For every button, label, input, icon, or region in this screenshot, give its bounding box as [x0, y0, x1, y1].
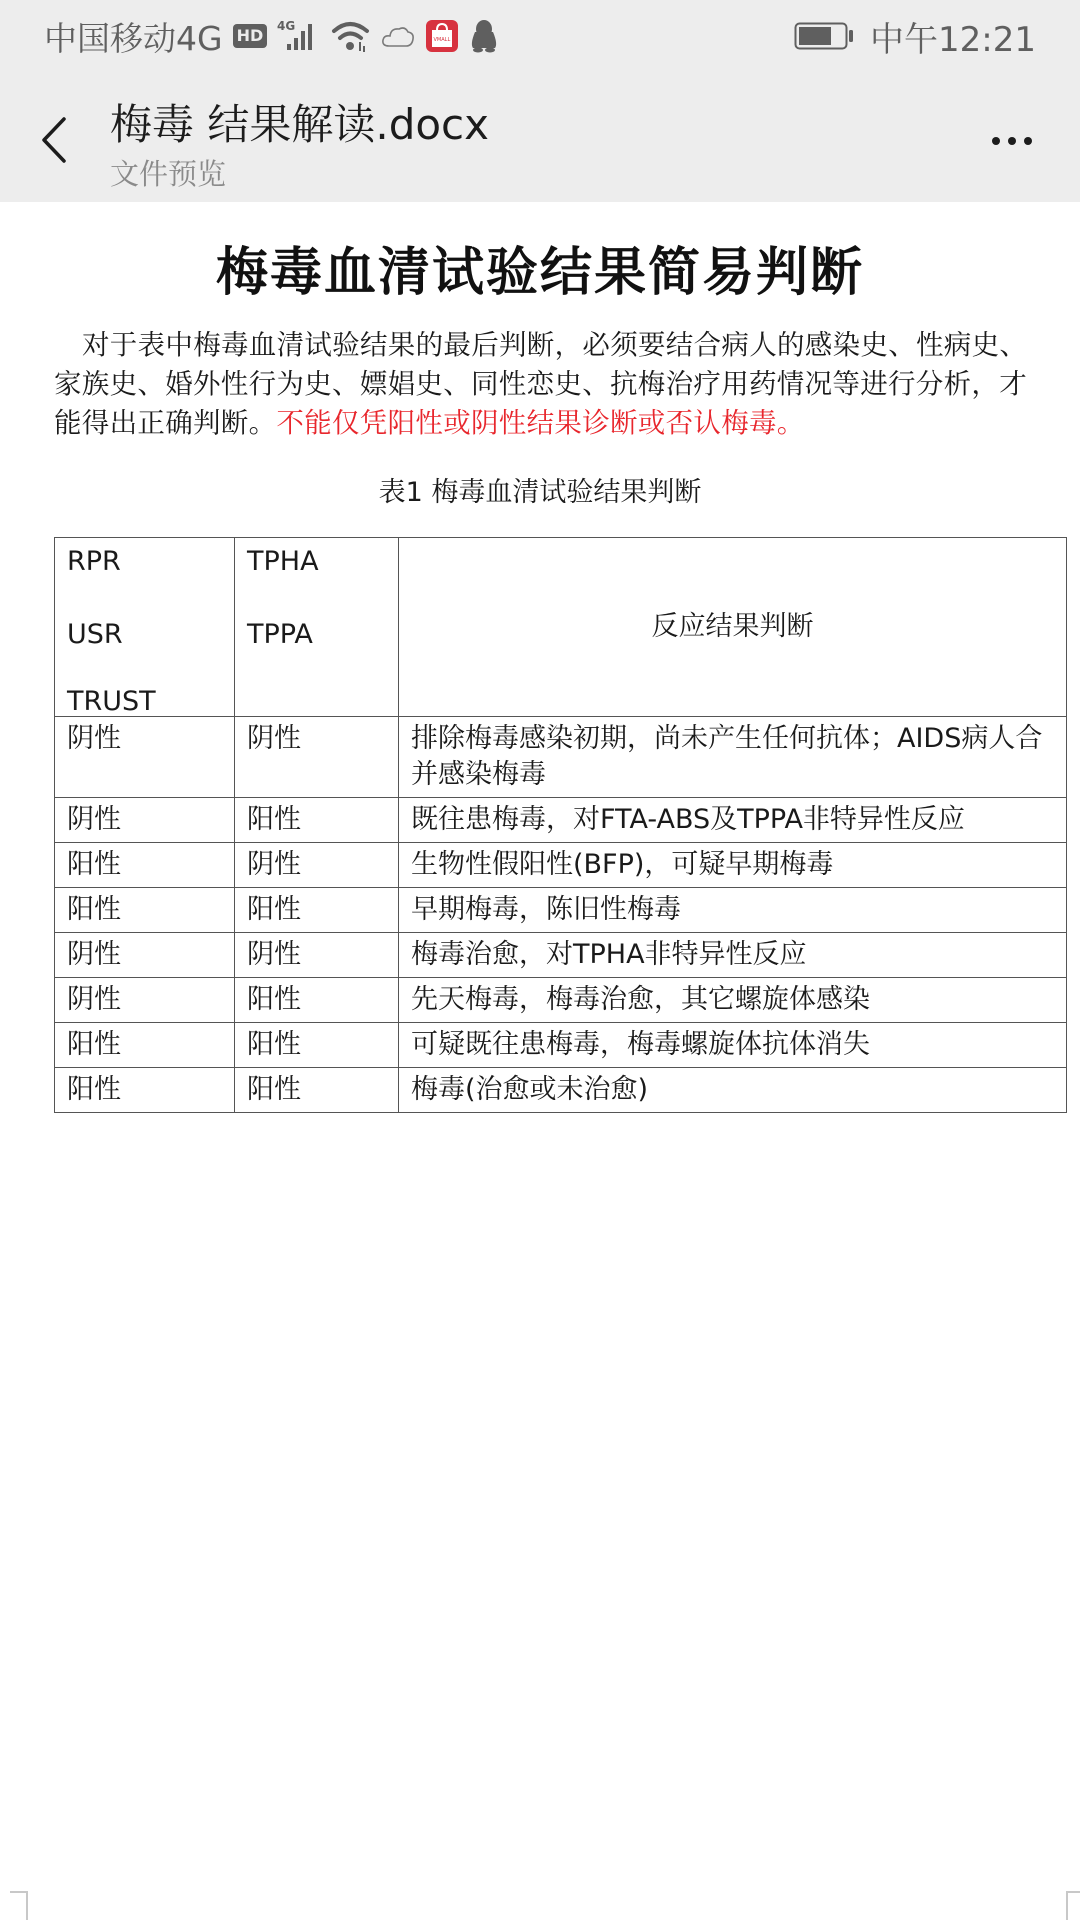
header-test-name: RPR	[67, 544, 156, 580]
table-row: 阴性 阴性 排除梅毒感染初期，尚未产生任何抗体；AIDS病人合并感染梅毒	[55, 717, 1067, 798]
cell-tpha: 阳性	[235, 1068, 399, 1113]
clock: 中午12:21	[870, 12, 1036, 61]
chevron-left-icon	[38, 115, 68, 165]
cell-tpha: 阳性	[235, 1023, 399, 1068]
header-test-name: USR	[67, 617, 156, 653]
file-subtitle: 文件预览	[110, 152, 226, 193]
more-horizontal-icon-dot	[992, 137, 1000, 145]
header-test-name: TPPA	[247, 617, 319, 653]
more-horizontal-icon-dot	[1008, 137, 1016, 145]
cell-rpr: 阳性	[55, 1023, 235, 1068]
hd-icon: HD	[233, 24, 268, 48]
cell-rpr: 阳性	[55, 888, 235, 933]
cell-rpr: 阴性	[55, 933, 235, 978]
cell-result: 梅毒治愈，对TPHA非特异性反应	[399, 933, 1067, 978]
cell-tpha: 阳性	[235, 888, 399, 933]
cell-rpr: 阴性	[55, 717, 235, 798]
table-row: 阴性 阳性 先天梅毒，梅毒治愈，其它螺旋体感染	[55, 978, 1067, 1023]
table-row: 阴性 阳性 既往患梅毒，对FTA-ABS及TPPA非特异性反应	[55, 798, 1067, 843]
table-row: 阳性 阳性 可疑既往患梅毒，梅毒螺旋体抗体消失	[55, 1023, 1067, 1068]
status-bar-left: 中国移动4G HD 4G	[44, 0, 499, 72]
cell-result: 可疑既往患梅毒，梅毒螺旋体抗体消失	[399, 1023, 1067, 1068]
cell-tpha: 阳性	[235, 978, 399, 1023]
header-nontreponemal-tests: RPR USR TRUST	[55, 538, 235, 717]
svg-text:VMALL: VMALL	[434, 37, 451, 43]
vmall-app-icon: VMALL	[425, 19, 459, 53]
page-corner-mark-right	[1066, 1891, 1080, 1920]
cell-rpr: 阴性	[55, 798, 235, 843]
table-header-row: RPR USR TRUST TPHA TPPA 反应结果判断	[55, 538, 1067, 717]
cloud-icon	[381, 23, 415, 49]
cell-result: 生物性假阳性(BFP)，可疑早期梅毒	[399, 843, 1067, 888]
file-title: 梅毒 结果解读.docx	[110, 92, 489, 152]
cell-tpha: 阴性	[235, 717, 399, 798]
cell-result: 排除梅毒感染初期，尚未产生任何抗体；AIDS病人合并感染梅毒	[399, 717, 1067, 798]
document-paragraph: 对于表中梅毒血清试验结果的最后判断，必须要结合病人的感染史、性病史、家族史、婚外…	[54, 326, 1054, 443]
cell-result: 既往患梅毒，对FTA-ABS及TPPA非特异性反应	[399, 798, 1067, 843]
header-judgement-label: 反应结果判断	[399, 538, 1066, 716]
cell-result: 先天梅毒，梅毒治愈，其它螺旋体感染	[399, 978, 1067, 1023]
cell-tpha: 阳性	[235, 798, 399, 843]
svg-text:4G: 4G	[277, 19, 295, 33]
header-judgement: 反应结果判断	[399, 538, 1067, 717]
table-row: 阳性 阳性 梅毒(治愈或未治愈)	[55, 1068, 1067, 1113]
header-treponemal-tests: TPHA TPPA	[235, 538, 399, 717]
cell-rpr: 阳性	[55, 1068, 235, 1113]
document-title: 梅毒血清试验结果简易判断	[0, 230, 1080, 305]
status-bar-right: 中午12:21	[794, 0, 1036, 72]
cell-result: 梅毒(治愈或未治愈)	[399, 1068, 1067, 1113]
status-bar: 中国移动4G HD 4G	[0, 0, 1080, 72]
signal-4g-icon: 4G	[277, 18, 321, 54]
qq-penguin-icon	[469, 18, 499, 54]
cell-tpha: 阴性	[235, 843, 399, 888]
battery-icon	[794, 21, 856, 51]
paragraph-warning-text: 不能仅凭阳性或阴性结果诊断或否认梅毒。	[276, 407, 804, 439]
header-test-name: TRUST	[67, 684, 156, 720]
table-row: 阴性 阴性 梅毒治愈，对TPHA非特异性反应	[55, 933, 1067, 978]
more-options-button[interactable]	[982, 116, 1042, 166]
wifi-icon	[331, 19, 371, 53]
table-row: 阳性 阳性 早期梅毒，陈旧性梅毒	[55, 888, 1067, 933]
cell-tpha: 阴性	[235, 933, 399, 978]
more-horizontal-icon-dot	[1024, 137, 1032, 145]
app-bar: 梅毒 结果解读.docx 文件预览	[0, 72, 1080, 202]
cell-rpr: 阴性	[55, 978, 235, 1023]
table-caption: 表1 梅毒血清试验结果判断	[0, 470, 1080, 509]
cell-result: 早期梅毒，陈旧性梅毒	[399, 888, 1067, 933]
table-row: 阳性 阴性 生物性假阳性(BFP)，可疑早期梅毒	[55, 843, 1067, 888]
page-corner-mark-left	[10, 1891, 28, 1920]
results-table: RPR USR TRUST TPHA TPPA 反应结果判断 阴性 阴性 排除梅…	[54, 537, 1067, 1113]
carrier-label: 中国移动4G	[44, 13, 223, 60]
header-test-name: TPHA	[247, 544, 319, 580]
cell-rpr: 阳性	[55, 843, 235, 888]
back-button[interactable]	[28, 110, 78, 170]
